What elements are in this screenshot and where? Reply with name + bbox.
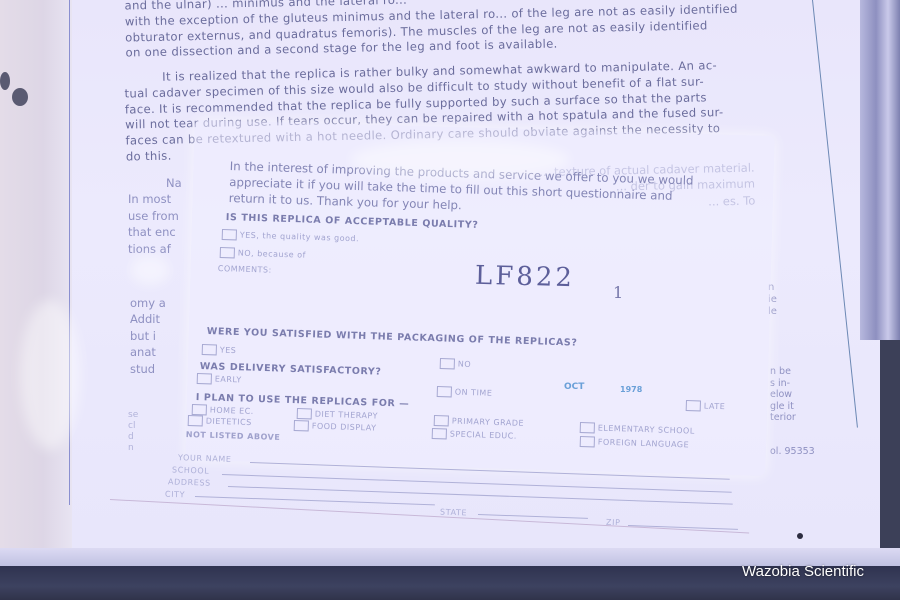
option-label: DIET THERAPY: [315, 410, 378, 421]
option-label: FOOD DISPLAY: [312, 422, 377, 433]
checkbox[interactable]: [188, 415, 203, 426]
date-stamp-month: OCT: [564, 382, 584, 392]
your-name-label: YOUR NAME: [178, 453, 232, 464]
text-line: d: [128, 432, 138, 443]
option-label: FOREIGN LANGUAGE: [598, 438, 690, 450]
q2-option-yes[interactable]: YES: [202, 344, 237, 356]
q3-option-on-time[interactable]: ON TIME: [437, 386, 493, 399]
option-label: YES: [220, 346, 237, 356]
option-label: HOME EC.: [210, 406, 254, 416]
lot-number-suffix: 1: [613, 283, 623, 302]
text-line: stud: [130, 361, 166, 377]
text-line: use from: [128, 208, 182, 224]
checkbox[interactable]: [580, 436, 595, 447]
option-label: SPECIAL EDUC.: [450, 430, 517, 441]
text-line: n: [128, 443, 138, 454]
checkbox[interactable]: [192, 404, 207, 415]
checkbox[interactable]: [197, 373, 212, 384]
checkbox[interactable]: [686, 400, 701, 411]
option-label: EARLY: [215, 375, 242, 385]
checkbox[interactable]: [297, 408, 312, 419]
address-label: ADDRESS: [168, 477, 211, 487]
school-label: SCHOOL: [172, 465, 210, 475]
text-line: omy a: [130, 295, 166, 311]
lot-number-stamp: LF822: [475, 261, 576, 294]
glare: [20, 300, 80, 450]
text-line: s in-: [770, 378, 815, 390]
photo-scene: and the ulnar) ... minimus and the later…: [0, 0, 900, 600]
comments-label: COMMENTS:: [218, 264, 272, 275]
left-binding-strip: [0, 0, 72, 560]
checkbox[interactable]: [434, 415, 449, 426]
left-text-fragment: Na In most use from that enc tions af: [128, 175, 182, 257]
right-text-fragment: n be s in- elow gle it terior ol. 95353: [770, 366, 815, 457]
option-label: NO: [458, 360, 472, 369]
checkbox[interactable]: [580, 422, 595, 433]
checkbox[interactable]: [440, 358, 455, 369]
left-text-fragment: se cl d n: [128, 410, 138, 454]
text-line: se: [128, 410, 138, 421]
checkbox[interactable]: [202, 344, 217, 355]
punch-hole: [12, 88, 28, 106]
text-line: but i: [130, 328, 166, 344]
text-line: In most: [128, 191, 182, 207]
watermark: Wazobia Scientific: [742, 563, 864, 580]
text-line: elow: [770, 389, 815, 401]
text-line: n be: [770, 366, 815, 378]
punch-hole: [0, 72, 10, 90]
checkbox[interactable]: [220, 247, 235, 258]
option-label: PRIMARY GRADE: [452, 417, 524, 428]
dot-mark: [797, 533, 803, 539]
option-label: ON TIME: [455, 388, 493, 398]
option-label: NO, because of: [238, 249, 306, 260]
text-line: terior: [770, 412, 815, 424]
text-line: Addit: [130, 311, 166, 327]
option-label: LATE: [704, 402, 726, 412]
checkbox[interactable]: [222, 229, 237, 240]
text-line: anat: [130, 344, 166, 360]
option-label: ELEMENTARY SCHOOL: [598, 424, 695, 436]
option-label: DIETETICS: [206, 417, 252, 427]
date-stamp-year: 1978: [620, 385, 642, 394]
q3-option-late[interactable]: LATE: [686, 400, 726, 412]
left-text-fragment: omy a Addit but i anat stud: [130, 295, 166, 377]
text-line: ol. 95353: [770, 446, 815, 458]
q2-option-no[interactable]: NO: [440, 358, 472, 370]
text-line: Na: [128, 175, 182, 191]
city-label: CITY: [165, 490, 185, 500]
glare: [130, 255, 170, 285]
q3-option-early[interactable]: EARLY: [197, 373, 242, 385]
plastic-bag-edge: [860, 0, 900, 340]
glare: [350, 140, 570, 180]
checkbox[interactable]: [432, 428, 447, 439]
checkbox[interactable]: [294, 420, 309, 431]
text-line: cl: [128, 421, 138, 432]
text-line: that enc: [128, 224, 182, 240]
text-line: gle it: [770, 401, 815, 413]
q4-option-dietetics[interactable]: DIETETICS: [188, 415, 252, 428]
checkbox[interactable]: [437, 386, 452, 397]
